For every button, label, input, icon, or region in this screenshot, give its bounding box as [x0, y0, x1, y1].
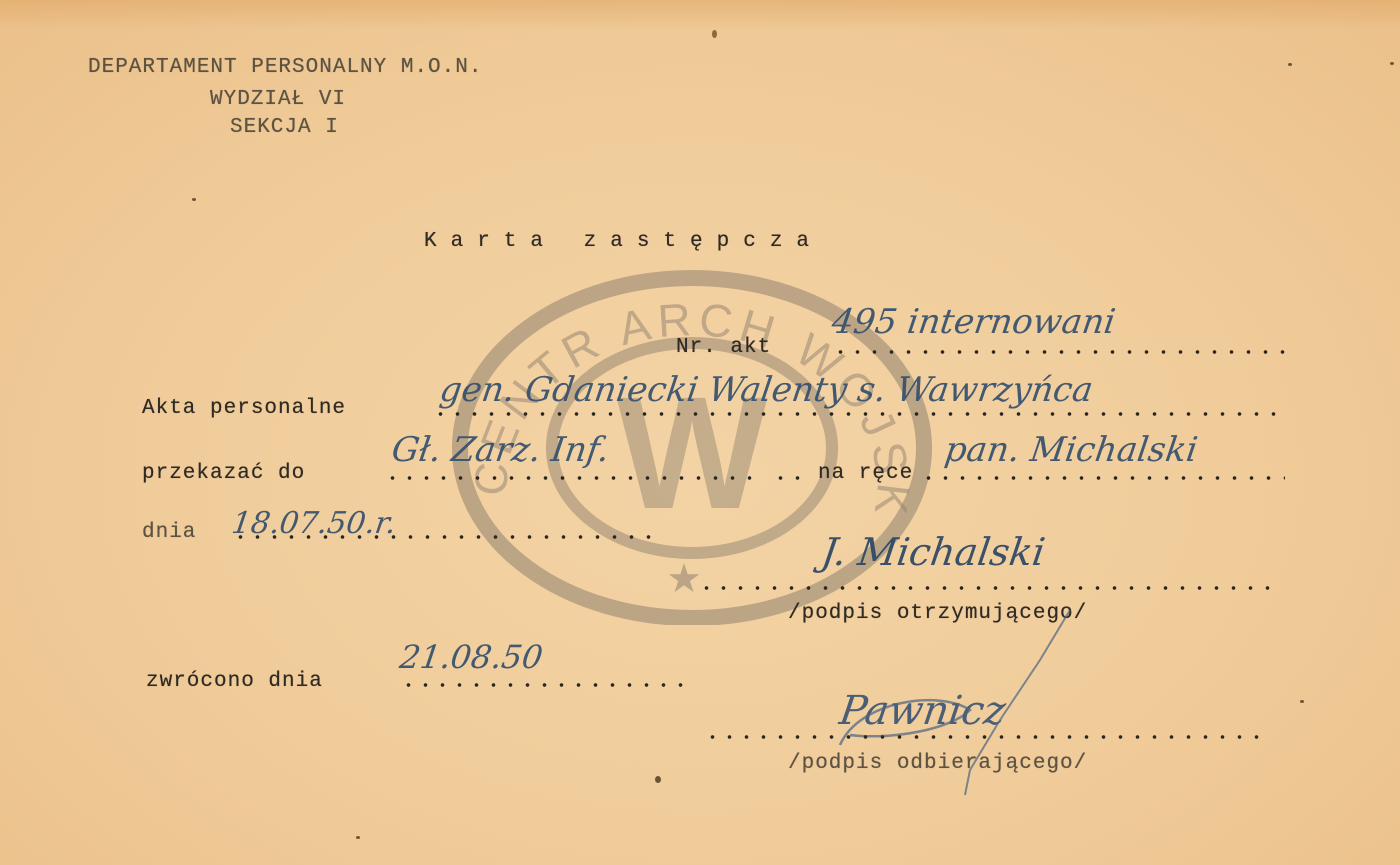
header-division: WYDZIAŁ VI: [210, 88, 346, 111]
paper-fleck: [356, 836, 360, 839]
na-rece-label: na ręce: [818, 462, 913, 485]
dnia-label: dnia: [142, 521, 196, 544]
paper-fleck: [1288, 63, 1292, 66]
przekazac-do-label: przekazać do: [142, 462, 305, 485]
na-rece-value: pan. Michalski: [942, 430, 1200, 470]
paper-fleck: [1390, 62, 1394, 65]
signature-returner-caption: /podpis odbierającego/: [788, 752, 1087, 775]
akta-personalne-value: gen. Gdaniecki Walenty s. Wawrzyńca: [437, 370, 1095, 410]
zwrocono-dnia-dotted-line: [400, 683, 695, 687]
document-title: Karta zastępcza: [424, 230, 823, 253]
akta-personalne-dotted-line: [432, 412, 1277, 416]
signature-receiver-line: [698, 586, 1278, 590]
zwrocono-dnia-value: 21.08.50: [397, 638, 545, 676]
akta-personalne-label: Akta personalne: [142, 397, 346, 420]
paper-fleck: [712, 30, 717, 38]
przekazac-do-dotted-line: [384, 476, 754, 480]
signature-receiver: J. Michalski: [819, 530, 1048, 574]
paper-fleck: [192, 198, 196, 201]
header-department: DEPARTAMENT PERSONALNY M.O.N.: [88, 56, 482, 79]
star-icon: ★: [666, 556, 702, 602]
na-rece-dotted-line: [920, 476, 1285, 480]
header-section: SEKCJA I: [230, 116, 339, 139]
przekazac-do-value: Gł. Zarz. Inf.: [389, 430, 612, 470]
dnia-value: 18.07.50.r.: [230, 506, 399, 541]
zwrocono-dnia-label: zwrócono dnia: [146, 670, 323, 693]
paper-fleck: [1300, 700, 1304, 703]
paper-fleck: [655, 776, 661, 783]
document-page: DEPARTAMENT PERSONALNY M.O.N. WYDZIAŁ VI…: [0, 0, 1400, 865]
signature-returner-line: [704, 735, 1264, 739]
na-rece-dotted-prefix: [772, 476, 812, 480]
nr-akt-value: 495 internowani: [829, 302, 1118, 342]
nr-akt-label: Nr. akt: [676, 336, 771, 359]
nr-akt-dotted-line: [832, 350, 1294, 354]
